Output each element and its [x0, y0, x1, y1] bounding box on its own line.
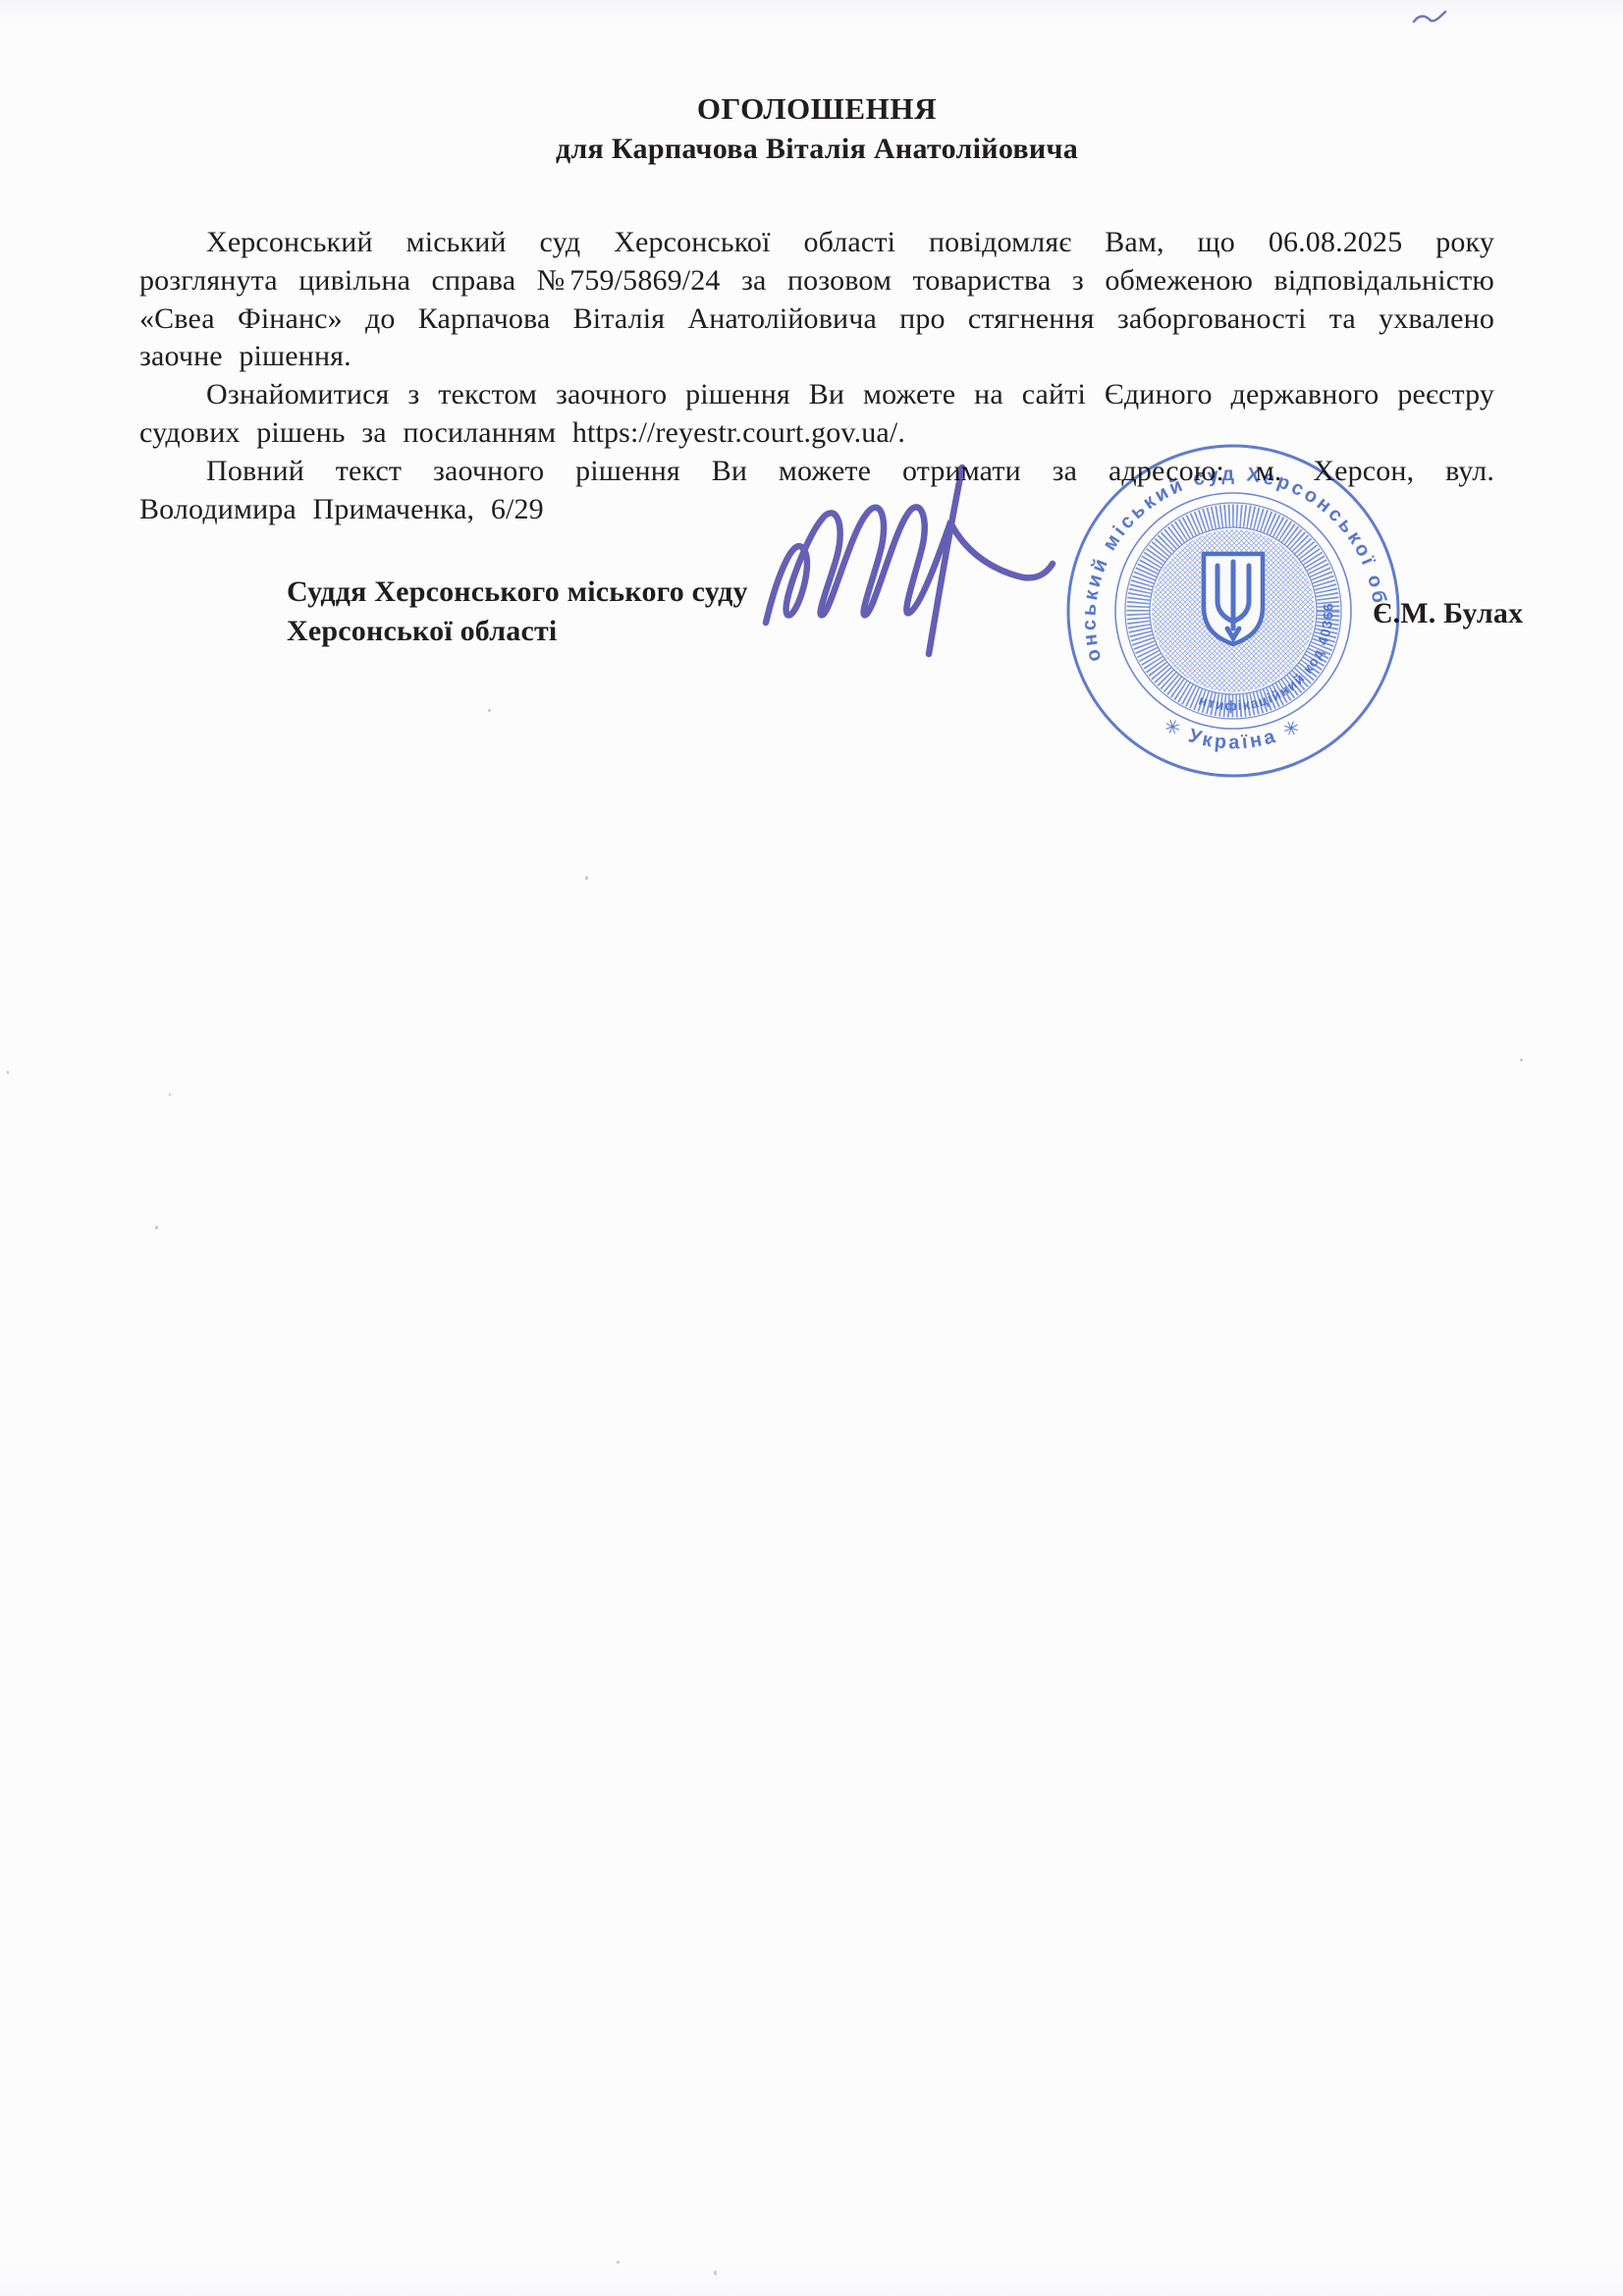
stamp-country-arc: ✳ Україна ✳ [1160, 715, 1306, 754]
scan-speck [7, 1070, 9, 1074]
scan-speck [488, 709, 491, 712]
scan-speck [155, 1226, 158, 1230]
document-title: ОГОЛОШЕННЯ [139, 88, 1494, 130]
scan-speck [169, 1093, 171, 1096]
scanned-court-announcement-page: ОГОЛОШЕННЯ для Карпачова Віталія Анатолі… [0, 0, 1623, 2296]
signature-role-block: Суддя Херсонського міського суду Херсонс… [287, 573, 748, 651]
scan-speck [617, 2261, 620, 2264]
signature-role-line-1: Суддя Херсонського міського суду [287, 573, 748, 612]
handwritten-signature-svg [754, 430, 1068, 676]
pen-mark-icon [1410, 2, 1453, 29]
signature-role-line-2: Херсонської області [287, 612, 748, 651]
trident-emblem-icon [1204, 554, 1263, 644]
court-stamp-svg: Херсонський міський суд Херсонської обла… [1062, 440, 1404, 782]
scan-speck [714, 2270, 717, 2275]
document-header: ОГОЛОШЕННЯ для Карпачова Віталія Анатолі… [139, 88, 1494, 169]
paragraph-case-notice: Херсонський міський суд Херсонської обла… [139, 224, 1494, 376]
court-stamp: Херсонський міський суд Херсонської обла… [1062, 440, 1404, 782]
scan-speck [585, 876, 588, 880]
document-subtitle: для Карпачова Віталія Анатолійовича [139, 130, 1494, 169]
scan-speck [1520, 1059, 1523, 1062]
handwritten-signature [754, 430, 1068, 676]
